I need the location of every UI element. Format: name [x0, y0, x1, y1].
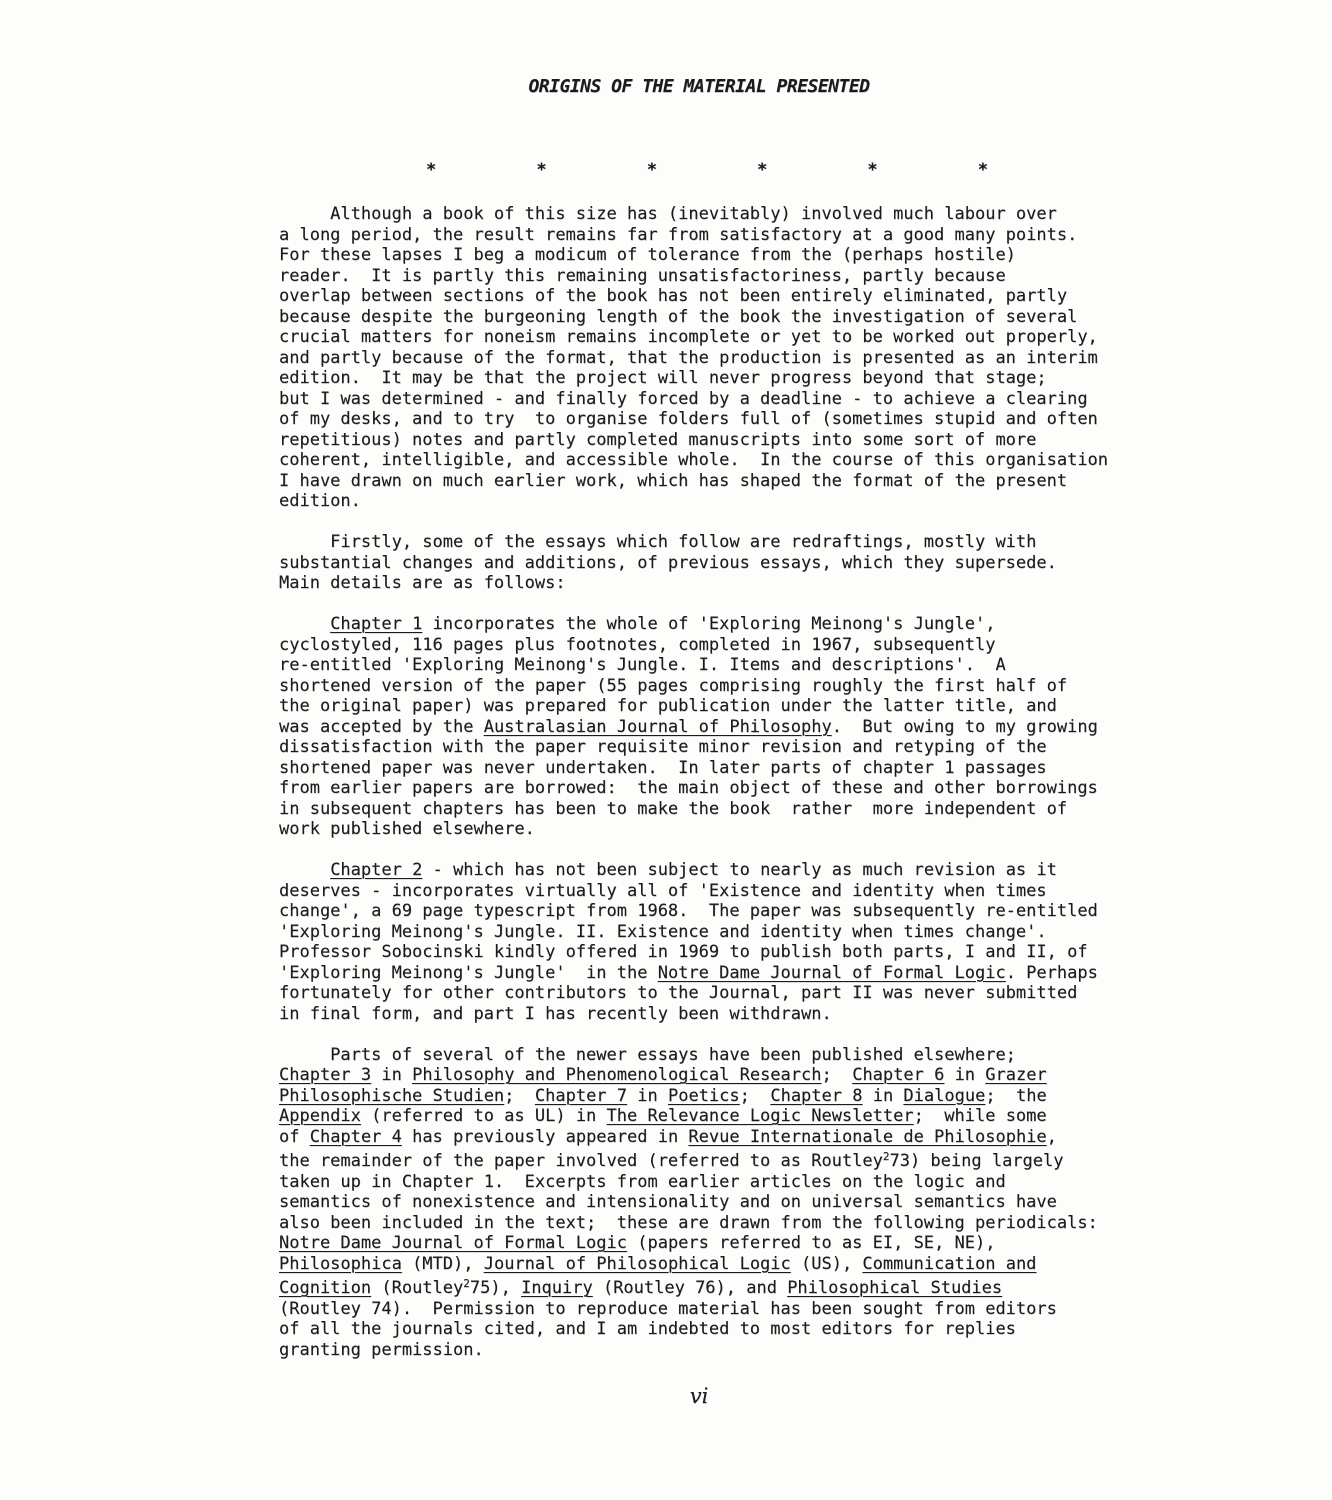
- underlined-text: Philosophische Studien: [279, 1086, 504, 1106]
- underlined-text: Dialogue: [903, 1086, 985, 1106]
- underlined-text: Notre Dame Journal of Formal Logic: [658, 963, 1006, 983]
- page-content: ORIGINS OF THE MATERIAL PRESENTED ******…: [279, 0, 1119, 1500]
- text-run: and partly because of the format, that t…: [279, 348, 1098, 368]
- text-run: in: [862, 1086, 903, 1106]
- text-run: in: [627, 1086, 668, 1106]
- page-title: ORIGINS OF THE MATERIAL PRESENTED: [279, 76, 1119, 97]
- text-line: I have drawn on much earlier work, which…: [279, 471, 1119, 492]
- text-run: in final form, and part I has recently b…: [279, 1004, 832, 1024]
- underlined-text: Chapter 7: [535, 1086, 627, 1106]
- text-line: 'Exploring Meinong's Jungle. II. Existen…: [279, 922, 1119, 943]
- text-run: (Routley 74). Permission to reproduce ma…: [279, 1299, 1057, 1319]
- text-run: of all the journals cited, and I am inde…: [279, 1319, 1016, 1339]
- text-line: Cognition (Routley275), Inquiry (Routley…: [279, 1274, 1119, 1299]
- text-run: of: [279, 1127, 310, 1147]
- text-run: from earlier papers are borrowed: the ma…: [279, 778, 1098, 798]
- text-line: in subsequent chapters has been to make …: [279, 799, 1119, 820]
- text-line: edition. It may be that the project will…: [279, 368, 1119, 389]
- text-run: 75),: [470, 1278, 521, 1298]
- text-run: 'Exploring Meinong's Jungle. II. Existen…: [279, 922, 1047, 942]
- text-run: because despite the burgeoning length of…: [279, 307, 1077, 327]
- text-line: but I was determined - and finally force…: [279, 389, 1119, 410]
- text-line: because despite the burgeoning length of…: [279, 307, 1119, 328]
- underlined-text: Inquiry: [521, 1278, 593, 1298]
- text-line: overlap between sections of the book has…: [279, 286, 1119, 307]
- asterisk: *: [426, 160, 436, 180]
- text-line: the remainder of the paper involved (ref…: [279, 1147, 1119, 1172]
- text-line: fortunately for other contributors to th…: [279, 983, 1119, 1004]
- text-line: of all the journals cited, and I am inde…: [279, 1319, 1119, 1340]
- text-run: substantial changes and additions, of pr…: [279, 553, 1057, 573]
- underlined-text: Chapter 8: [770, 1086, 862, 1106]
- text-line: in final form, and part I has recently b…: [279, 1004, 1119, 1025]
- text-run: reader. It is partly this remaining unsa…: [279, 266, 1006, 286]
- text-run: ;: [740, 1086, 771, 1106]
- text-line: also been included in the text; these ar…: [279, 1213, 1119, 1234]
- text-run: . But owing to my growing: [832, 717, 1098, 737]
- text-run: Professor Sobocinski kindly offered in 1…: [279, 942, 1088, 962]
- text-line: Chapter 3 in Philosophy and Phenomenolog…: [279, 1065, 1119, 1086]
- paragraph: Parts of several of the newer essays hav…: [279, 1045, 1119, 1361]
- text-run: 'Exploring Meinong's Jungle' in the: [279, 963, 658, 983]
- paragraph: Chapter 2 - which has not been subject t…: [279, 860, 1119, 1024]
- text-line: Parts of several of the newer essays hav…: [279, 1045, 1119, 1066]
- text-line: repetitious) notes and partly completed …: [279, 430, 1119, 451]
- text-run: deserves - incorporates virtually all of…: [279, 881, 1047, 901]
- text-run: change', a 69 page typescript from 1968.…: [279, 901, 1098, 921]
- text-line: from earlier papers are borrowed: the ma…: [279, 778, 1119, 799]
- asterisk: *: [867, 160, 877, 180]
- text-run: coherent, intelligible, and accessible w…: [279, 450, 1108, 470]
- asterisk: *: [978, 160, 988, 180]
- text-run: the remainder of the paper involved (ref…: [279, 1151, 883, 1171]
- text-run: Although a book of this size has (inevit…: [279, 204, 1057, 224]
- text-line: was accepted by the Australasian Journal…: [279, 717, 1119, 738]
- text-run: in: [371, 1065, 412, 1085]
- text-run: ; while some: [914, 1106, 1047, 1126]
- underlined-text: Notre Dame Journal of Formal Logic: [279, 1233, 627, 1253]
- text-line: dissatisfaction with the paper requisite…: [279, 737, 1119, 758]
- text-line: For these lapses I beg a modicum of tole…: [279, 245, 1119, 266]
- text-line: semantics of nonexistence and intensiona…: [279, 1192, 1119, 1213]
- text-run: in subsequent chapters has been to make …: [279, 799, 1067, 819]
- text-run: in: [944, 1065, 985, 1085]
- text-run: work published elsewhere.: [279, 819, 535, 839]
- underlined-text: Chapter 2: [330, 860, 422, 880]
- asterisk: *: [647, 160, 657, 180]
- text-line: 'Exploring Meinong's Jungle' in the Notr…: [279, 963, 1119, 984]
- text-run: incorporates the whole of 'Exploring Mei…: [422, 614, 995, 634]
- text-line: the original paper) was prepared for pub…: [279, 696, 1119, 717]
- text-run: [279, 614, 330, 634]
- text-line: deserves - incorporates virtually all of…: [279, 881, 1119, 902]
- paragraph: Although a book of this size has (inevit…: [279, 204, 1119, 512]
- text-run: edition.: [279, 491, 361, 511]
- text-run: a long period, the result remains far fr…: [279, 225, 1077, 245]
- text-run: shortened paper was never undertaken. In…: [279, 758, 1047, 778]
- page-number: vi: [279, 1384, 1119, 1408]
- text-line: Main details are as follows:: [279, 573, 1119, 594]
- asterisk: *: [536, 160, 546, 180]
- text-run: (Routley 76), and: [593, 1278, 787, 1298]
- underlined-text: Chapter 4: [310, 1127, 402, 1147]
- text-run: Firstly, some of the essays which follow…: [279, 532, 1036, 552]
- document-body: Although a book of this size has (inevit…: [279, 204, 1119, 1360]
- underlined-text: Appendix: [279, 1106, 361, 1126]
- text-line: a long period, the result remains far fr…: [279, 225, 1119, 246]
- underlined-text: Chapter 6: [852, 1065, 944, 1085]
- text-line: edition.: [279, 491, 1119, 512]
- text-run: [279, 860, 330, 880]
- underlined-text: Chapter 3: [279, 1065, 371, 1085]
- text-line: granting permission.: [279, 1340, 1119, 1361]
- text-run: granting permission.: [279, 1340, 484, 1360]
- text-line: shortened paper was never undertaken. In…: [279, 758, 1119, 779]
- text-run: of my desks, and to try to organise fold…: [279, 409, 1098, 429]
- text-run: (papers referred to as EI, SE, NE),: [627, 1233, 995, 1253]
- underlined-text: Philosophica: [279, 1254, 402, 1274]
- underlined-text: Journal of Philosophical Logic: [484, 1254, 791, 1274]
- text-run: ,: [1047, 1127, 1057, 1147]
- underlined-text: Cognition: [279, 1278, 371, 1298]
- underlined-text: Australasian Journal of Philosophy: [484, 717, 832, 737]
- separator-stars: ******: [426, 160, 988, 180]
- text-line: Philosophische Studien; Chapter 7 in Poe…: [279, 1086, 1119, 1107]
- text-run: crucial matters for noneism remains inco…: [279, 327, 1098, 347]
- text-line: cyclostyled, 116 pages plus footnotes, c…: [279, 635, 1119, 656]
- underlined-text: Revue Internationale de Philosophie: [688, 1127, 1046, 1147]
- text-line: shortened version of the paper (55 pages…: [279, 676, 1119, 697]
- paragraph: Chapter 1 incorporates the whole of 'Exp…: [279, 614, 1119, 840]
- text-run: also been included in the text; these ar…: [279, 1213, 1098, 1233]
- text-run: (Routley: [371, 1278, 463, 1298]
- text-line: Professor Sobocinski kindly offered in 1…: [279, 942, 1119, 963]
- text-run: shortened version of the paper (55 pages…: [279, 676, 1067, 696]
- text-run: (US),: [791, 1254, 863, 1274]
- text-line: Notre Dame Journal of Formal Logic (pape…: [279, 1233, 1119, 1254]
- text-line: change', a 69 page typescript from 1968.…: [279, 901, 1119, 922]
- text-run: Main details are as follows:: [279, 573, 566, 593]
- underlined-text: Chapter 1: [330, 614, 422, 634]
- text-run: 73) being largely: [889, 1151, 1063, 1171]
- text-run: - which has not been subject to nearly a…: [422, 860, 1057, 880]
- text-run: (referred to as UL) in: [361, 1106, 607, 1126]
- text-line: work published elsewhere.: [279, 819, 1119, 840]
- text-run: overlap between sections of the book has…: [279, 286, 1067, 306]
- text-line: re-entitled 'Exploring Meinong's Jungle.…: [279, 655, 1119, 676]
- underlined-text: Grazer: [985, 1065, 1046, 1085]
- text-line: of my desks, and to try to organise fold…: [279, 409, 1119, 430]
- text-line: Philosophica (MTD), Journal of Philosoph…: [279, 1254, 1119, 1275]
- superscript: 2: [463, 1277, 470, 1290]
- text-run: but I was determined - and finally force…: [279, 389, 1088, 409]
- text-run: the original paper) was prepared for pub…: [279, 696, 1057, 716]
- text-line: (Routley 74). Permission to reproduce ma…: [279, 1299, 1119, 1320]
- text-run: For these lapses I beg a modicum of tole…: [279, 245, 1016, 265]
- text-line: taken up in Chapter 1. Excerpts from ear…: [279, 1172, 1119, 1193]
- underlined-text: The Relevance Logic Newsletter: [607, 1106, 914, 1126]
- text-run: taken up in Chapter 1. Excerpts from ear…: [279, 1172, 1006, 1192]
- text-run: ;: [821, 1065, 852, 1085]
- text-run: was accepted by the: [279, 717, 484, 737]
- text-run: I have drawn on much earlier work, which…: [279, 471, 1067, 491]
- text-run: ;: [504, 1086, 535, 1106]
- text-run: semantics of nonexistence and intensiona…: [279, 1192, 1057, 1212]
- text-line: reader. It is partly this remaining unsa…: [279, 266, 1119, 287]
- text-line: and partly because of the format, that t…: [279, 348, 1119, 369]
- text-line: coherent, intelligible, and accessible w…: [279, 450, 1119, 471]
- text-run: ; the: [985, 1086, 1046, 1106]
- underlined-text: Philosophical Studies: [787, 1278, 1002, 1298]
- text-run: edition. It may be that the project will…: [279, 368, 1047, 388]
- text-line: Appendix (referred to as UL) in The Rele…: [279, 1106, 1119, 1127]
- underlined-text: Communication and: [862, 1254, 1036, 1274]
- text-line: Firstly, some of the essays which follow…: [279, 532, 1119, 553]
- text-line: substantial changes and additions, of pr…: [279, 553, 1119, 574]
- text-line: Although a book of this size has (inevit…: [279, 204, 1119, 225]
- underlined-text: Poetics: [668, 1086, 740, 1106]
- text-run: cyclostyled, 116 pages plus footnotes, c…: [279, 635, 995, 655]
- paragraph: Firstly, some of the essays which follow…: [279, 532, 1119, 594]
- text-run: re-entitled 'Exploring Meinong's Jungle.…: [279, 655, 1006, 675]
- scanned-document-page: ORIGINS OF THE MATERIAL PRESENTED ******…: [0, 0, 1332, 1500]
- text-line: Chapter 2 - which has not been subject t…: [279, 860, 1119, 881]
- asterisk: *: [757, 160, 767, 180]
- text-run: (MTD),: [402, 1254, 484, 1274]
- text-line: of Chapter 4 has previously appeared in …: [279, 1127, 1119, 1148]
- text-line: crucial matters for noneism remains inco…: [279, 327, 1119, 348]
- text-run: fortunately for other contributors to th…: [279, 983, 1077, 1003]
- text-run: dissatisfaction with the paper requisite…: [279, 737, 1047, 757]
- underlined-text: Philosophy and Phenomenological Research: [412, 1065, 821, 1085]
- text-run: has previously appeared in: [402, 1127, 689, 1147]
- text-line: Chapter 1 incorporates the whole of 'Exp…: [279, 614, 1119, 635]
- text-run: repetitious) notes and partly completed …: [279, 430, 1036, 450]
- text-run: . Perhaps: [1006, 963, 1098, 983]
- text-run: Parts of several of the newer essays hav…: [279, 1045, 1016, 1065]
